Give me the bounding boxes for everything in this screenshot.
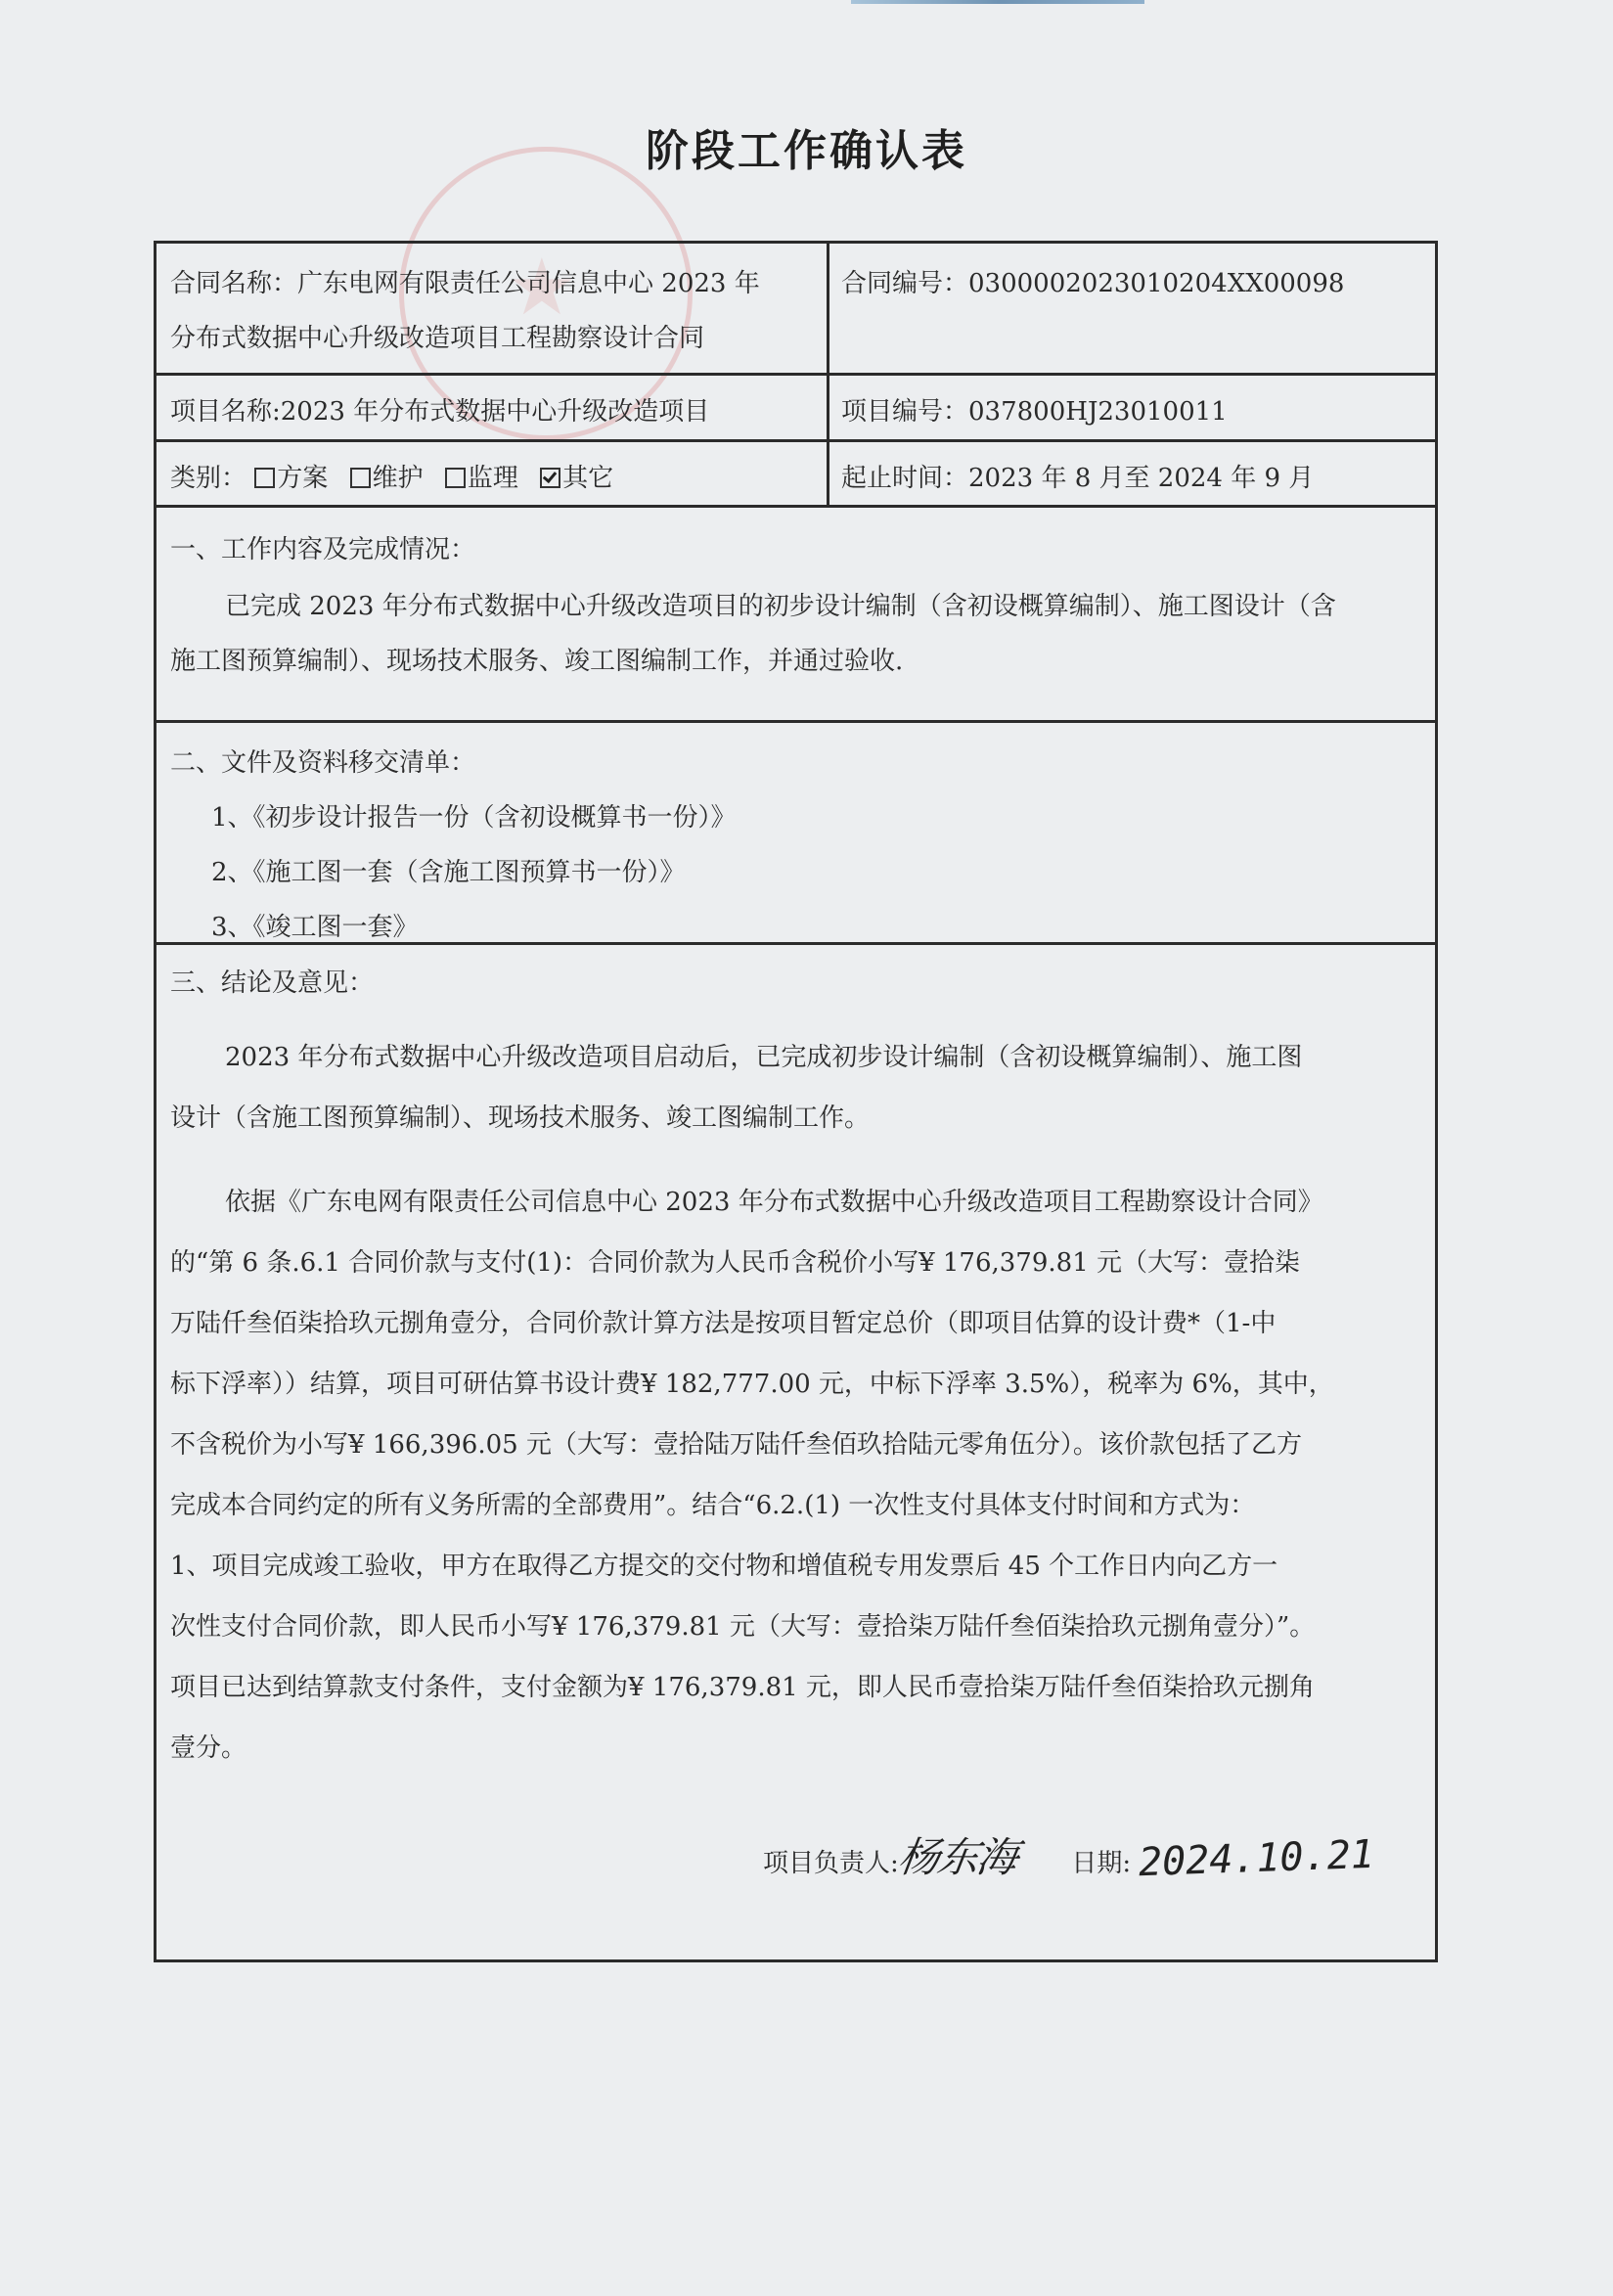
category-option-maintenance[interactable]: 维护 [350, 464, 424, 493]
confirmation-form-table: 合同名称：广东电网有限责任公司信息中心 2023 年 分布式数据中心升级改造项目… [154, 241, 1438, 1962]
contract-no-value: 0300002023010204XX00098 [968, 269, 1344, 298]
project-name-line: 项目名称:2023 年分布式数据中心升级改造项目 [170, 391, 709, 428]
category-option-other[interactable]: 其它 [540, 464, 613, 493]
section1-heading: 一、工作内容及完成情况： [170, 529, 475, 565]
checkbox-unchecked-icon[interactable] [445, 468, 466, 488]
section1-line: 施工图预算编制）、现场技术服务、竣工图编制工作，并通过验收. [170, 641, 903, 677]
conclusion-line: 设计（含施工图预算编制）、现场技术服务、竣工图编制工作。 [170, 1098, 870, 1134]
section3-heading: 三、结论及意见： [170, 963, 374, 999]
project-no-value: 037800HJ23010011 [968, 397, 1228, 427]
category-option-supervision[interactable]: 监理 [445, 464, 518, 493]
conclusion-line: 2023 年分布式数据中心升级改造项目启动后，已完成初步设计编制（含初设概算编制… [225, 1037, 1302, 1073]
handover-item: 3、《竣工图一套》 [211, 907, 419, 943]
section-work-content: 一、工作内容及完成情况： 已完成 2023 年分布式数据中心升级改造项目的初步设… [157, 508, 1435, 723]
conclusion-line: 次性支付合同价款，即人民币小写¥ 176,379.81 元（大写：壹拾柒万陆仟叁… [170, 1606, 1315, 1643]
handover-item: 2、《施工图一套（含施工图预算书一份）》 [211, 852, 686, 888]
project-name-label: 项目名称: [170, 397, 281, 427]
project-name-cell: 项目名称:2023 年分布式数据中心升级改造项目 [157, 376, 829, 439]
page-title: 阶段工作确认表 [0, 115, 1613, 178]
contract-name-value-1: 广东电网有限责任公司信息中心 2023 年 [297, 269, 760, 298]
project-row: 项目名称:2023 年分布式数据中心升级改造项目 项目编号：037800HJ23… [157, 376, 1435, 442]
category-line: 类别： 方案 维护 监理 其它 [170, 458, 627, 494]
period-line: 起止时间：2023 年 8 月至 2024 年 9 月 [841, 458, 1314, 494]
handwritten-signature: 杨东海 [895, 1825, 1020, 1884]
category-row: 类别： 方案 维护 监理 其它 起止时间：2023 年 8 月至 2024 年 … [157, 442, 1435, 508]
handover-item: 1、《初步设计报告一份（含初设概算书一份）》 [211, 797, 737, 833]
contract-name-line1: 合同名称：广东电网有限责任公司信息中心 2023 年 [170, 263, 760, 299]
section2-heading: 二、文件及资料移交清单： [170, 743, 475, 779]
checkbox-unchecked-icon[interactable] [350, 468, 371, 488]
conclusion-line: 的“第 6 条.6.1 合同价款与支付(1)：合同价款为人民币含税价小写¥ 17… [170, 1242, 1300, 1279]
signoff-line: 项目负责人:杨东海 日期: 2024.10.21 [763, 1825, 1374, 1884]
project-no-cell: 项目编号：037800HJ23010011 [829, 376, 1435, 439]
period-label: 起止时间： [841, 464, 968, 493]
conclusion-line: 依据《广东电网有限责任公司信息中心 2023 年分布式数据中心升级改造项目工程勘… [225, 1182, 1323, 1218]
handwritten-date: 2024.10.21 [1139, 1832, 1375, 1885]
checkbox-unchecked-icon[interactable] [254, 468, 275, 488]
contract-no-cell: 合同编号：0300002023010204XX00098 [829, 244, 1435, 373]
conclusion-line: 1、项目完成竣工验收，甲方在取得乙方提交的交付物和增值税专用发票后 45 个工作… [170, 1546, 1277, 1582]
conclusion-line: 项目已达到结算款支付条件，支付金额为¥ 176,379.81 元，即人民币壹拾柒… [170, 1667, 1315, 1703]
contract-name-cell: 合同名称：广东电网有限责任公司信息中心 2023 年 分布式数据中心升级改造项目… [157, 244, 829, 373]
period-cell: 起止时间：2023 年 8 月至 2024 年 9 月 [829, 442, 1435, 505]
conclusion-line: 壹分。 [170, 1728, 246, 1764]
period-value: 2023 年 8 月至 2024 年 9 月 [968, 464, 1314, 493]
conclusion-line: 完成本合同约定的所有义务所需的全部费用”。结合“6.2.(1) 一次性支付具体支… [170, 1485, 1255, 1521]
contract-name-label: 合同名称： [170, 269, 297, 298]
conclusion-line: 不含税价为小写¥ 166,396.05 元（大写：壹拾陆万陆仟叁佰玖拾陆元零角伍… [170, 1424, 1302, 1461]
scan-edge-artifact [851, 0, 1144, 4]
category-cell: 类别： 方案 维护 监理 其它 [157, 442, 829, 505]
checkbox-checked-icon[interactable] [540, 468, 560, 488]
responsible-label: 项目负责人: [763, 1849, 899, 1878]
section-handover-list: 二、文件及资料移交清单： 1、《初步设计报告一份（含初设概算书一份）》 2、《施… [157, 723, 1435, 945]
category-label: 类别： [170, 464, 246, 493]
category-option-plan[interactable]: 方案 [254, 464, 328, 493]
section1-line: 已完成 2023 年分布式数据中心升级改造项目的初步设计编制（含初设概算编制）、… [225, 586, 1336, 622]
conclusion-line: 标下浮率））结算，项目可研估算书设计费¥ 182,777.00 元，中标下浮率 … [170, 1364, 1334, 1400]
contract-name-line2: 分布式数据中心升级改造项目工程勘察设计合同 [170, 318, 704, 354]
contract-row: 合同名称：广东电网有限责任公司信息中心 2023 年 分布式数据中心升级改造项目… [157, 244, 1435, 376]
project-no-line: 项目编号：037800HJ23010011 [841, 391, 1228, 428]
project-no-label: 项目编号： [841, 397, 968, 427]
section-conclusion: 三、结论及意见： 2023 年分布式数据中心升级改造项目启动后，已完成初步设计编… [157, 945, 1435, 1965]
project-name-value: 2023 年分布式数据中心升级改造项目 [281, 397, 709, 427]
contract-no-label: 合同编号： [841, 269, 968, 298]
contract-no-line: 合同编号：0300002023010204XX00098 [841, 263, 1344, 299]
conclusion-line: 万陆仟叁佰柒拾玖元捌角壹分，合同价款计算方法是按项目暂定总价（即项目估算的设计费… [170, 1303, 1276, 1339]
date-label: 日期: [1071, 1849, 1131, 1878]
